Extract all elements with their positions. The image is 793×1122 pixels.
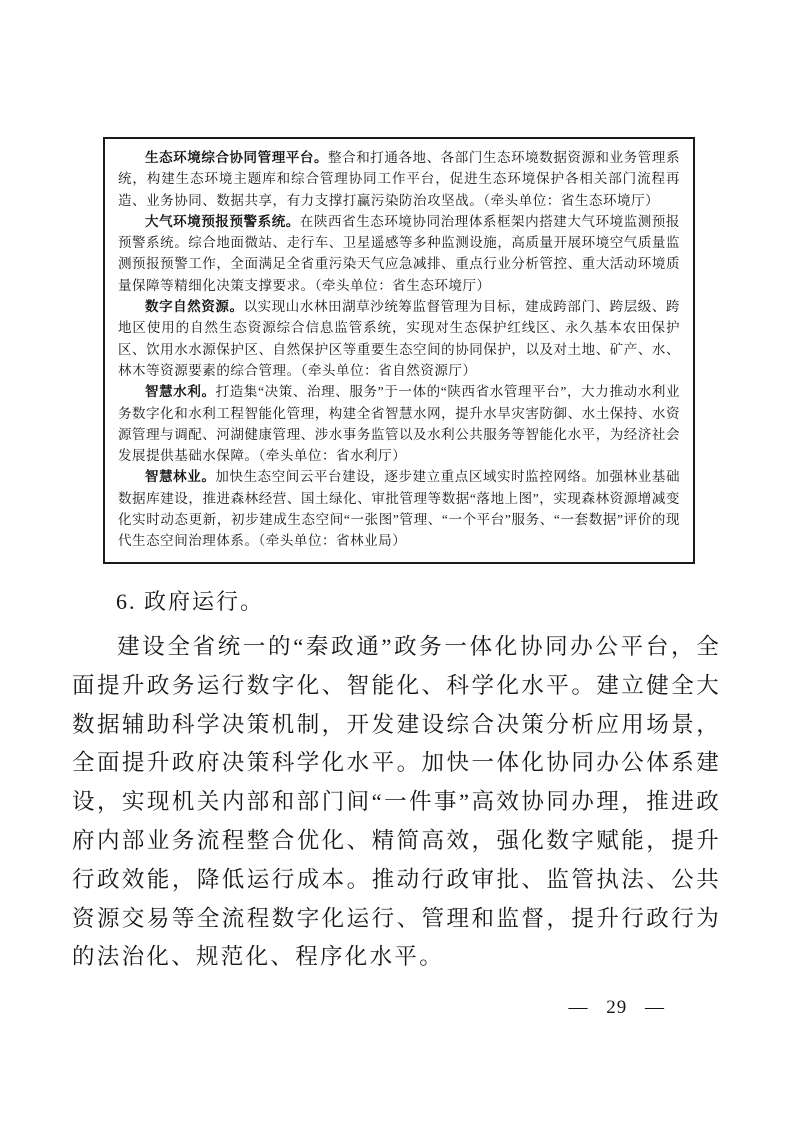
main-text-block: 6. 政府运行。 建设全省统一的“秦政通”政务一体化协同办公平台，全面提升政务运… [72, 586, 721, 977]
section-paragraph: 建设全省统一的“秦政通”政务一体化协同办公平台，全面提升政务运行数字化、智能化、… [72, 628, 721, 977]
paragraph-lead: 数字自然资源。 [145, 299, 244, 314]
box-paragraph: 智慧林业。加快生态空间云平台建设，逐步建立重点区域实时监控网络。加强林业基础数据… [118, 466, 680, 551]
paragraph-lead: 智慧林业。 [145, 469, 215, 484]
section-heading: 6. 政府运行。 [72, 586, 721, 618]
key-projects-box: 生态环境综合协同管理平台。整合和打通各地、各部门生态环境数据资源和业务管理系统，… [103, 137, 695, 564]
paragraph-lead: 生态环境综合协同管理平台。 [145, 150, 328, 165]
box-paragraph: 生态环境综合协同管理平台。整合和打通各地、各部门生态环境数据资源和业务管理系统，… [118, 147, 680, 211]
paragraph-lead: 智慧水利。 [145, 384, 216, 399]
page-number: — 29 — [569, 997, 666, 1019]
paragraph-lead: 大气环境预报预警系统。 [145, 214, 300, 229]
box-paragraph: 大气环境预报预警系统。在陕西省生态环境协同治理体系框架内搭建大气环境监测预报预警… [118, 211, 680, 296]
box-paragraph: 数字自然资源。以实现山水林田湖草沙统筹监督管理为目标，建成跨部门、跨层级、跨地区… [118, 296, 680, 381]
box-paragraph: 智慧水利。打造集“决策、治理、服务”于一体的“陕西省水管理平台”，大力推动水利业… [118, 381, 680, 466]
document-page: 生态环境综合协同管理平台。整合和打通各地、各部门生态环境数据资源和业务管理系统，… [0, 0, 793, 1122]
